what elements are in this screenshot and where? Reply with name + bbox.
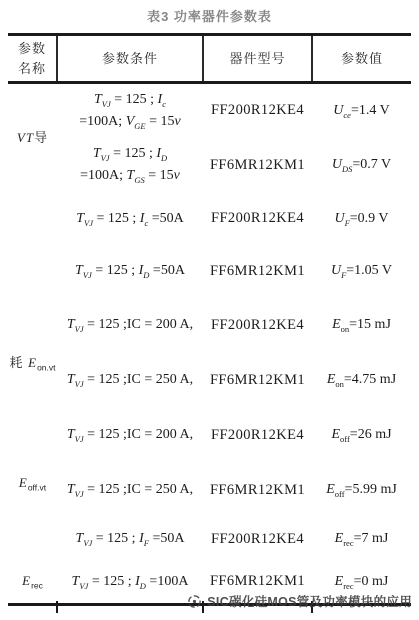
header-row: 参数名称 参数条件 器件型号 参数值 xyxy=(8,35,411,83)
watermark-text: SIC碳化硅MOS管及功率模块的应用 xyxy=(207,592,412,610)
param-condition-cell: TVJ = 125 ; ID =100A xyxy=(57,561,203,605)
table-row: TVJ = 125 ;IC = 250 A,FF6MR12KM1Eon=4.75… xyxy=(8,353,411,408)
table-row: 耗 Eon.vtTVJ = 125 ;IC = 200 A,FF200R12KE… xyxy=(8,298,411,353)
param-name-cell: 耗 Eon.vt xyxy=(8,298,57,408)
param-name-cell: Erec xyxy=(8,518,57,605)
param-value-cell: Eoff=26 mJ xyxy=(312,408,411,463)
table-row: Eoff.vtTVJ = 125 ;IC = 200 A,FF200R12KE4… xyxy=(8,408,411,463)
watermark: SIC碳化硅MOS管及功率模块的应用 xyxy=(187,592,412,610)
param-value-cell: Eon=4.75 mJ xyxy=(312,353,411,408)
device-model-cell: FF200R12KE4 xyxy=(203,298,312,353)
param-value-cell: Uce=1.4 V xyxy=(312,83,411,138)
device-model-cell: FF200R12KE4 xyxy=(203,193,312,245)
param-condition-cell: TVJ = 125 ;IC = 250 A, xyxy=(57,353,203,408)
device-model-cell: FF6MR12KM1 xyxy=(203,138,312,193)
device-model-cell: FF200R12KE4 xyxy=(203,408,312,463)
device-model-cell: FF6MR12KM1 xyxy=(203,353,312,408)
param-condition-cell: TVJ = 125 ; ID =50A xyxy=(57,245,203,298)
param-condition-cell: TVJ = 125 ; Ic=100A; VGE = 15v xyxy=(57,83,203,138)
param-value-cell: UF=0.9 V xyxy=(312,193,411,245)
param-name-cell: Eoff.vt xyxy=(8,408,57,518)
header-device-model: 器件型号 xyxy=(203,35,312,83)
param-value-cell: UDS=0.7 V xyxy=(312,138,411,193)
header-param-value: 参数值 xyxy=(312,35,411,83)
device-model-cell: FF200R12KE4 xyxy=(203,518,312,561)
header-param-name: 参数名称 xyxy=(8,35,57,83)
param-condition-cell: TVJ = 125 ;IC = 250 A, xyxy=(57,463,203,518)
watermark-logo-icon xyxy=(187,594,202,609)
param-value-cell: Eoff=5.99 mJ xyxy=(312,463,411,518)
device-model-cell: FF200R12KE4 xyxy=(203,83,312,138)
column-divider-tick xyxy=(56,601,58,613)
param-condition-cell: TVJ = 125 ;IC = 200 A, xyxy=(57,408,203,463)
table-row: TVJ = 125 ; ID =50AFF6MR12KM1UF=1.05 V xyxy=(8,245,411,298)
table-row: ErecTVJ = 125 ; IF =50AFF200R12KE4Erec=7… xyxy=(8,518,411,561)
table-row: TVJ = 125 ; ID=100A; TGS = 15vFF6MR12KM1… xyxy=(8,138,411,193)
device-model-cell: FF6MR12KM1 xyxy=(203,463,312,518)
param-condition-cell: TVJ = 125 ; IF =50A xyxy=(57,518,203,561)
table-row: VT导TVJ = 125 ; Ic=100A; VGE = 15vFF200R1… xyxy=(8,83,411,138)
param-value-cell: Erec=7 mJ xyxy=(312,518,411,561)
table-row: TVJ = 125 ;IC = 250 A,FF6MR12KM1Eoff=5.9… xyxy=(8,463,411,518)
table-row: TVJ = 125 ; Ic =50AFF200R12KE4UF=0.9 V xyxy=(8,193,411,245)
power-device-parameters-table: 参数名称 参数条件 器件型号 参数值 VT导TVJ = 125 ; Ic=100… xyxy=(8,33,411,606)
param-condition-cell: TVJ = 125 ; Ic =50A xyxy=(57,193,203,245)
param-value-cell: Eon=15 mJ xyxy=(312,298,411,353)
param-condition-cell: TVJ = 125 ;IC = 200 A, xyxy=(57,298,203,353)
param-condition-cell: TVJ = 125 ; ID=100A; TGS = 15v xyxy=(57,138,203,193)
param-name-cell: VT导 xyxy=(8,83,57,193)
header-param-condition: 参数条件 xyxy=(57,35,203,83)
table-title: 表3 功率器件参数表 xyxy=(0,6,419,25)
param-name-cell xyxy=(8,193,57,298)
device-model-cell: FF6MR12KM1 xyxy=(203,245,312,298)
param-value-cell: UF=1.05 V xyxy=(312,245,411,298)
